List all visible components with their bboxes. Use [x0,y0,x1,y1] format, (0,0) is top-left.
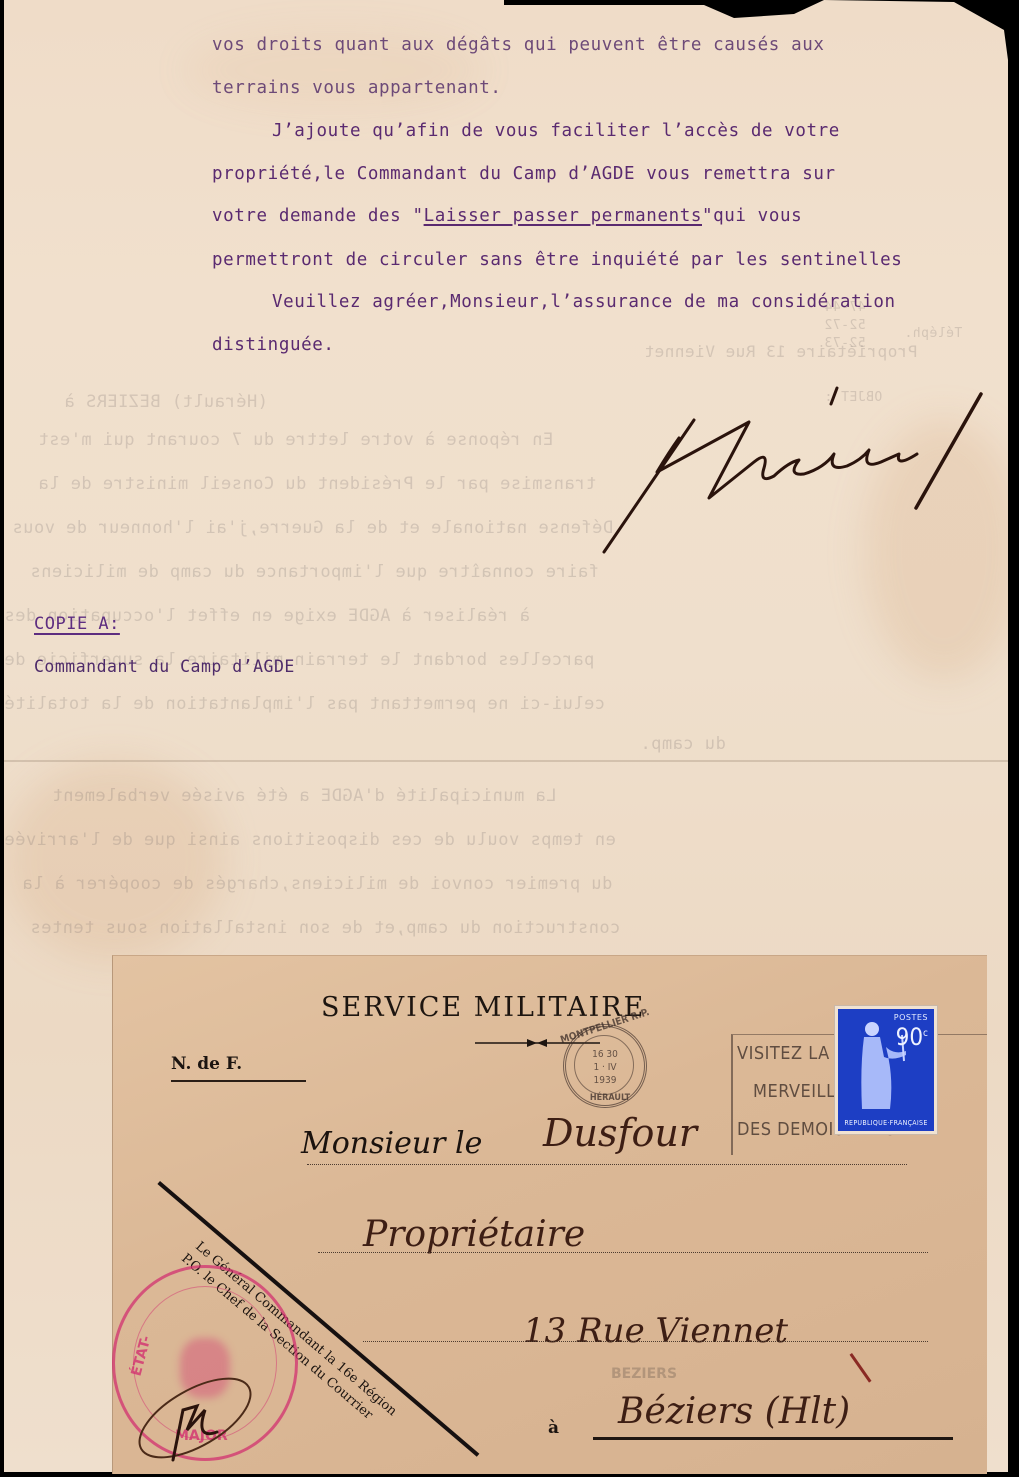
stamp-value: 90c [896,1023,928,1051]
faint-stamp-impression: BEZIERS [611,1366,677,1382]
addressee-prefix: Monsieur le [301,1126,482,1161]
bleed-through-text: Téléph. [904,326,962,341]
letter-line: terrains vous appartenant. [212,78,502,98]
letter-text: votre demande des " [212,206,424,226]
address-line [363,1341,928,1342]
address-line [307,1164,907,1165]
letter-line-passes: votre demande des "Laisser passer perman… [212,206,802,226]
letter-line: Veuillez agréer,Monsieur,l’assurance de … [272,292,896,312]
stamp-value-unit: c [923,1028,928,1039]
bleed-through-text: faire connaître que l'importance du camp… [30,562,599,582]
bleed-through-text: du camp. [640,734,726,754]
bleed-through-text: celui-ci ne permettant pas l'implantatio… [4,694,605,714]
postmark-department: HÉRAULT [576,1093,644,1103]
franchise-underline [171,1080,306,1082]
addressee-title: Propriétaire [363,1214,585,1255]
letter-text: "qui vous [702,206,802,226]
stamp-value-number: 90 [896,1023,923,1051]
postmark-year: 1939 [566,1075,644,1086]
underlined-passes-text: Laisser passer permanents [424,206,702,226]
address-city: Béziers (Hlt) [618,1391,850,1432]
stamp-label: POSTES [894,1013,928,1022]
bleed-through-text: construction du camp,et de son installat… [30,918,620,938]
letter-line: distinguée. [212,335,335,355]
postage-stamp: POSTES 90c REPUBLIQUE·FRANÇAISE [835,1006,937,1134]
copy-recipient: Commandant du Camp d’AGDE [34,657,295,676]
letter-line: permettront de circuler sans être inquié… [212,250,902,270]
bleed-through-text: du premier convoi de miliciens,chargés d… [22,874,612,894]
franchise-label: N. de F. [171,1054,242,1074]
letter-line: J’ajoute qu’afin de vous faciliter l’acc… [272,121,840,141]
bleed-through-text: transmise par le Président du Conseil mi… [38,474,596,494]
postmark-date: 1 · IV [566,1062,644,1073]
copy-to-label: COPIE A: [34,614,120,634]
address-preposition: à [548,1418,559,1438]
addressee-name: Dusfour [543,1111,697,1155]
address-line [318,1252,928,1253]
postmark-time: 16 30 [566,1049,644,1060]
handwritten-signature [599,380,989,560]
postmark: MONTPELLIER R.P. 16 30 1 · IV 1939 HÉRAU… [563,1024,647,1108]
bleed-through-text: (Hérault) BEZIERS à [64,392,268,412]
address-street: 13 Rue Viennet [523,1311,788,1351]
bleed-through-text: 52-72 [824,318,866,333]
handwritten-initial [135,1370,255,1470]
stamp-country: REPUBLIQUE·FRANÇAISE [838,1119,934,1127]
city-underline [593,1437,953,1440]
bleed-through-text: En réponse à votre lettre du 7 courant q… [38,430,553,450]
letter-line: propriété,le Commandant du Camp d’AGDE v… [212,164,836,184]
envelope-header: SERVICE MILITAIRE [321,992,645,1023]
bleed-through-text: en temps voulu de ces dispositions ainsi… [4,830,616,850]
bleed-through-text: Propriétaire 13 Rue Viennet [644,342,918,361]
bleed-through-text: La municipalité d'AGDE a été avisée verb… [52,786,557,806]
bleed-through-text: Défense nationale et de la Guerre,j'ai l… [12,518,613,538]
letter-line: vos droits quant aux dégâts qui peuvent … [212,35,824,55]
